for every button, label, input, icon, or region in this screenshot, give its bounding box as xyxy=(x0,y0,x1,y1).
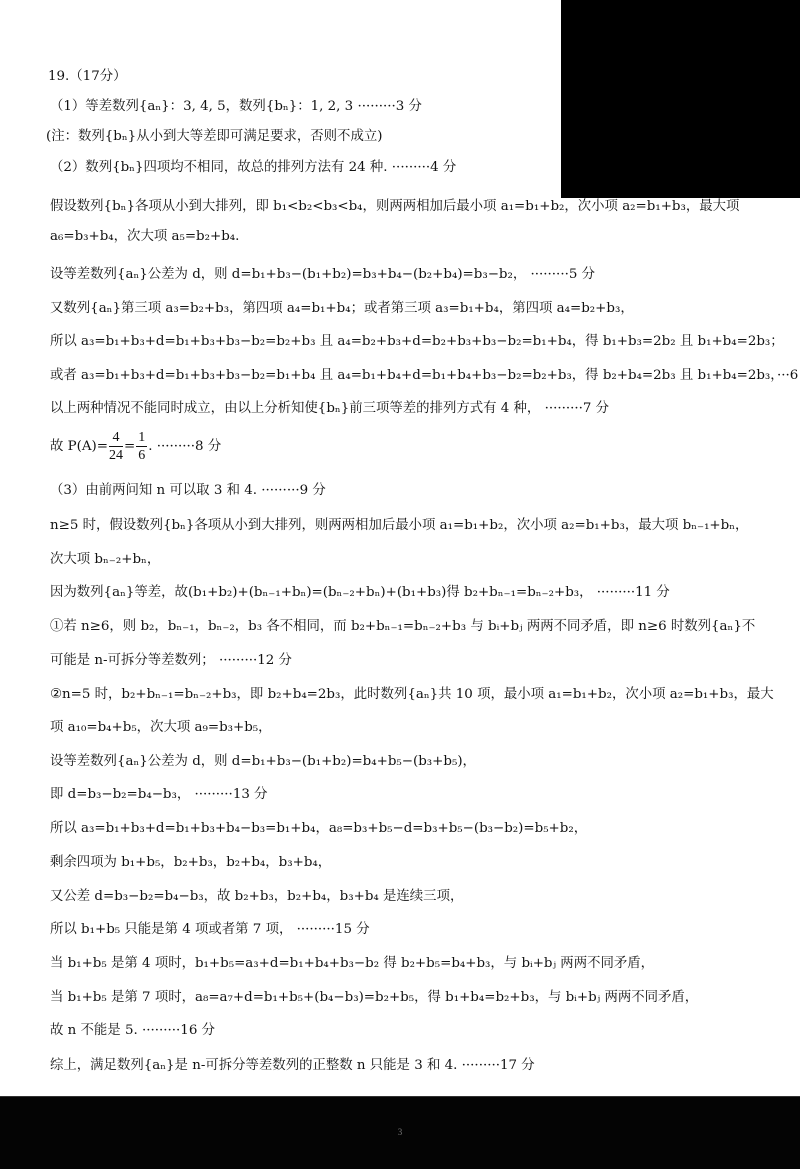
text-line: 设等差数列{aₙ}公差为 d，则 d=b₁+b₃−(b₁+b₂)=b₃+b₄−(… xyxy=(50,266,595,284)
text-line: 假设数列{bₙ}各项从小到大排列，即 b₁<b₂<b₃<b₄，则两两相加后最小项… xyxy=(50,198,739,216)
text-line: 或者 a₃=b₁+b₃+d=b₁+b₃+b₃−b₂=b₁+b₄ 且 a₄=b₁+… xyxy=(50,367,800,385)
text-line: n≥5 时，假设数列{bₙ}各项从小到大排列，则两两相加后最小项 a₁=b₁+b… xyxy=(50,517,748,535)
text-line: 故 n 不能是 5. ·········16 分 xyxy=(50,1022,215,1040)
fraction-4-24: 424 xyxy=(109,429,123,464)
probability-suffix: . ·········8 分 xyxy=(148,439,221,454)
text-line: 因为数列{aₙ}等差，故(b₁+b₂)+(bₙ₋₁+bₙ)=(bₙ₋₂+bₙ)+… xyxy=(50,584,670,602)
case-1-line: ①若 n≥6，则 b₂，bₙ₋₁，bₙ₋₂，b₃ 各不相同，而 b₂+bₙ₋₁=… xyxy=(50,618,755,636)
case-2-line: ②n=5 时，b₂+bₙ₋₁=bₙ₋₂+b₃，即 b₂+b₄=2b₃，此时数列{… xyxy=(50,686,774,704)
text-line: 当 b₁+b₅ 是第 7 项时，a₈=a₇+d=b₁+b₅+(b₄−b₃)=b₂… xyxy=(50,989,698,1007)
part-3-intro: （3）由前两问知 n 可以取 3 和 4. ·········9 分 xyxy=(50,482,326,500)
fraction-1-6: 16 xyxy=(136,429,147,464)
text-line: 以上两种情况不能同时成立，由以上分析知使{bₙ}前三项等差的排列方式有 4 种，… xyxy=(50,400,609,418)
text-line: a₆=b₃+b₄，次大项 a₅=b₂+b₄. xyxy=(50,228,239,246)
text-line: 即 d=b₃−b₂=b₄−b₃， ·········13 分 xyxy=(50,786,268,804)
text-line: 所以 a₃=b₁+b₃+d=b₁+b₃+b₄−b₃=b₁+b₄，a₈=b₃+b₅… xyxy=(50,820,587,838)
part-1-answer: （1）等差数列{aₙ}：3, 4, 5，数列{bₙ}：1, 2, 3 ·····… xyxy=(50,98,422,116)
text-line: 设等差数列{aₙ}公差为 d，则 d=b₁+b₃−(b₁+b₂)=b₄+b₅−(… xyxy=(50,753,476,771)
text-line: 所以 b₁+b₅ 只能是第 4 项或者第 7 项， ·········15 分 xyxy=(50,921,370,939)
part-1-note: (注：数列{bₙ}从小到大等差即可满足要求，否则不成立) xyxy=(46,128,382,146)
probability-line: 故 P(A)=424=16. ·········8 分 xyxy=(50,427,221,467)
problem-header: 19.（17分） xyxy=(48,68,127,86)
text-line: 项 a₁₀=b₄+b₅，次大项 a₉=b₃+b₅， xyxy=(50,719,272,737)
text-line: 又公差 d=b₃−b₂=b₄−b₃，故 b₂+b₃，b₂+b₄，b₃+b₄ 是连… xyxy=(50,888,463,906)
redaction-box xyxy=(561,0,800,198)
text-line: 次大项 bₙ₋₂+bₙ， xyxy=(50,551,160,569)
conclusion-line: 综上，满足数列{aₙ}是 n-可拆分等差数列的正整数 n 只能是 3 和 4. … xyxy=(50,1057,535,1075)
part-2-intro: （2）数列{bₙ}四项均不相同，故总的排列方法有 24 种. ·········… xyxy=(50,159,456,177)
footer-bar: 3 xyxy=(0,1096,800,1169)
probability-prefix: 故 P(A)= xyxy=(50,439,108,454)
page-number: 3 xyxy=(0,1127,800,1137)
text-line: 所以 a₃=b₁+b₃+d=b₁+b₃+b₃−b₂=b₂+b₃ 且 a₄=b₂+… xyxy=(50,333,784,351)
text-line: 又数列{aₙ}第三项 a₃=b₂+b₃，第四项 a₄=b₁+b₄；或者第三项 a… xyxy=(50,300,634,318)
text-line: 剩余四项为 b₁+b₅，b₂+b₃，b₂+b₄，b₃+b₄， xyxy=(50,854,331,872)
text-line: 当 b₁+b₅ 是第 4 项时，b₁+b₅=a₃+d=b₁+b₄+b₃−b₂ 得… xyxy=(50,955,654,973)
text-line: 可能是 n-可拆分等差数列； ·········12 分 xyxy=(50,652,292,670)
